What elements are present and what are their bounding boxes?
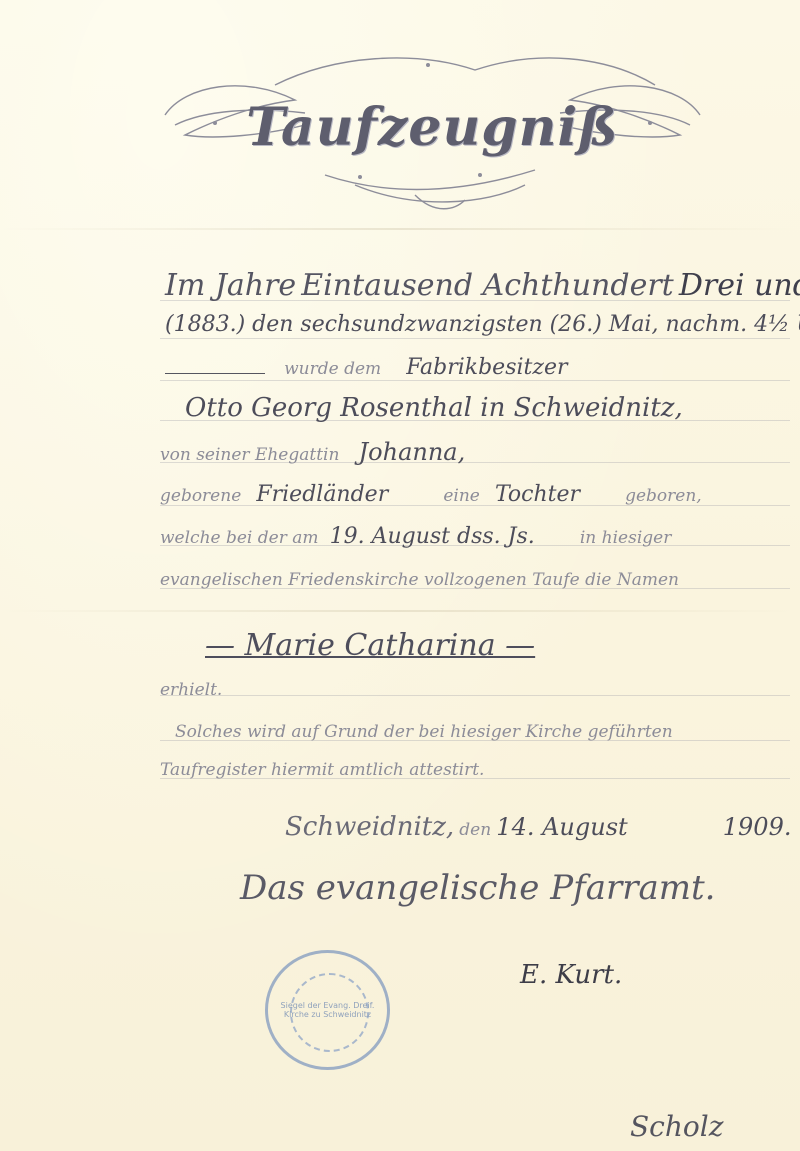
fold-line [0, 610, 800, 612]
printed-text: wurde dem [284, 359, 381, 379]
text-line-church: evangelischen Friedenskirche vollzogenen… [160, 570, 679, 590]
issuing-office: Das evangelische Pfarramt. [240, 868, 715, 908]
printed-text: eine [443, 486, 480, 506]
child-name: — Marie Catharina — [205, 628, 535, 663]
handwritten-text: Johanna, [359, 438, 466, 466]
printed-text: welche bei der am [160, 528, 319, 548]
printed-text: von seiner Ehegattin [160, 445, 339, 465]
handwritten-text: Drei und Achtzig [679, 268, 800, 303]
handwritten-text: 19. August dss. Js. [330, 524, 535, 549]
place-date: Schweidnitz, den 14. August 1909. [285, 812, 791, 842]
printed-text: in hiesiger [580, 528, 671, 548]
seal-text: Siegel der Evang. Dreif. Kirche zu Schwe… [268, 1001, 387, 1019]
issue-date: 14. August [496, 813, 627, 841]
document-title: Taufzeugniß [155, 97, 710, 158]
text-line-received: erhielt. [160, 680, 222, 700]
text-line-attestation-2: Taufregister hiermit amtlich attestirt. [160, 760, 484, 780]
issue-year: 1909. [723, 813, 792, 841]
handwritten-text: Tochter [495, 482, 580, 507]
signature-1: E. Kurt. [520, 960, 622, 990]
printed-text: den [459, 820, 491, 840]
handwritten-text: Friedländer [256, 482, 388, 507]
printed-text: geborene [160, 486, 241, 506]
fold-line [0, 228, 800, 230]
title-ornament: Taufzeugniß [155, 45, 710, 215]
text-line-baptism-date: welche bei der am 19. August dss. Js. in… [160, 524, 671, 549]
text-line-maiden-name: geborene Friedländer eine Tochter gebore… [160, 482, 702, 507]
text-line-mother: von seiner Ehegattin Johanna, [160, 438, 465, 466]
printed-text: Im Jahre [165, 268, 296, 303]
printed-text: Eintausend Achthundert [301, 268, 673, 303]
place: Schweidnitz, [285, 812, 454, 842]
text-line-year-words: Im Jahre Eintausend Achthundert Drei und… [165, 268, 800, 303]
text-line-occupation: wurde dem Fabrikbesitzer [165, 355, 568, 380]
church-seal-stamp: Siegel der Evang. Dreif. Kirche zu Schwe… [265, 950, 390, 1070]
text-line-attestation-1: Solches wird auf Grund der bei hiesiger … [175, 722, 673, 742]
text-line-date: (1883.) den sechsundzwanzigsten (26.) Ma… [165, 312, 800, 337]
printed-text: geboren, [625, 486, 702, 506]
signature-2: Scholz [630, 1110, 723, 1143]
text-line-father: Otto Georg Rosenthal in Schweidnitz, [185, 393, 683, 423]
handwritten-text: Fabrikbesitzer [406, 355, 567, 380]
